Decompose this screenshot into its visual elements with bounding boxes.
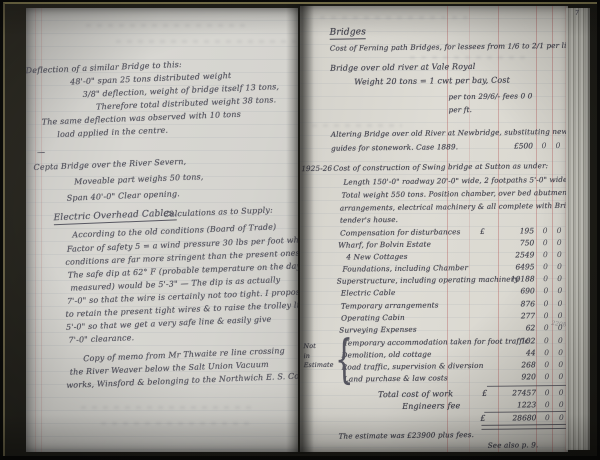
amount-pounds: 750 xyxy=(488,238,534,248)
left-page: Deflection of a similar Bridge to this: … xyxy=(26,8,298,452)
amount-shillings: 0 xyxy=(540,238,550,247)
note-line: load applied in the centre. xyxy=(57,126,168,139)
amount-pence: 0 xyxy=(555,311,565,320)
amount-shillings: 0 xyxy=(541,311,551,320)
amount-shillings: 0 xyxy=(540,226,550,235)
amount-pence: 0 xyxy=(556,400,566,409)
amount-shillings: 0 xyxy=(542,413,552,422)
section-subheading: Calculations as to Supply: xyxy=(163,205,273,218)
page-stack-edge: 7 xyxy=(566,8,590,450)
amount-shillings: 0 xyxy=(541,336,551,345)
amount-pence: 0 xyxy=(554,250,564,259)
note-line: Weight 20 tons = 1 cwt per bay, Cost xyxy=(354,76,510,87)
item-label: Electric Cable xyxy=(341,288,396,298)
item-label: Wharf, for Bolvin Estate xyxy=(338,240,431,250)
note-line: Length 150'-0" roadway 20'-0" wide, 2 fo… xyxy=(343,175,568,187)
amount-pence: 0 xyxy=(556,372,566,381)
amount-shillings: 0 xyxy=(541,274,551,283)
pound-sign: £ xyxy=(480,414,485,423)
margin-brace: { xyxy=(335,333,354,385)
left-page-handwriting: Deflection of a similar Bridge to this: … xyxy=(26,8,298,452)
section-heading: Electric Overhead Cables. xyxy=(53,208,177,225)
note-line: Moveable part weighs 50 tons, xyxy=(74,172,204,186)
note-line: guides for stonework. Case 1889. xyxy=(331,142,458,153)
note-line: Total weight 550 tons. Position chamber,… xyxy=(342,187,568,199)
amount-pence: 0 xyxy=(553,141,563,150)
amount-pounds: 690 xyxy=(489,286,535,296)
amount-pence: 0 xyxy=(554,226,564,235)
section-heading: Bridges xyxy=(330,27,366,39)
amount-pence: 0 xyxy=(556,388,566,397)
amount-pounds: 44 xyxy=(490,348,536,358)
amount-pounds: 6495 xyxy=(488,262,534,272)
item-label: Foundations, including Chamber xyxy=(342,263,468,274)
amount-pence: 0 xyxy=(555,286,565,295)
amount-pence: 0 xyxy=(554,238,564,247)
item-label: Operating Cabin xyxy=(341,313,405,323)
amount-shillings: 0 xyxy=(541,286,551,295)
note-line: Cost of construction of Swing bridge at … xyxy=(333,161,548,173)
pound-sign: £ xyxy=(480,227,485,236)
amount-shillings: 0 xyxy=(542,388,552,397)
amount-shillings: 0 xyxy=(541,323,551,332)
amount-shillings: 0 xyxy=(540,262,550,271)
amount-pence: 0 xyxy=(556,348,566,357)
amount-pence: 0 xyxy=(554,262,564,271)
amount-pence: 0 xyxy=(555,336,565,345)
margin-year: 1925-26 xyxy=(301,164,332,173)
note-line: Altering Bridge over old River at Newbri… xyxy=(331,127,568,139)
total-separator xyxy=(487,385,568,387)
amount-pence: 0 xyxy=(555,299,565,308)
item-label: Demolition, old cottage xyxy=(342,350,432,360)
note-line: Cost of Ferning path Bridges, for lessee… xyxy=(330,41,568,53)
estimate-note: The estimate was £23900 plus fees. xyxy=(339,430,475,441)
note-line: per ton 29/6/- fees 0 0 xyxy=(448,91,532,101)
amount-pence: 0 xyxy=(556,360,566,369)
amount-pounds: 195 xyxy=(488,226,534,236)
amount-pounds: 268 xyxy=(490,360,536,370)
amount-shillings: 0 xyxy=(542,348,552,357)
amount-pounds: 277 xyxy=(489,311,535,321)
amount-pounds: 28680 xyxy=(490,413,536,423)
note-line: 7'-0" clearance. xyxy=(68,333,134,345)
note-line: Bridge over old river at Vale Royal xyxy=(330,62,475,73)
amount-pence: 0 xyxy=(556,413,566,422)
amount-pounds: 2549 xyxy=(488,250,534,260)
margin-note: Not in Estimate xyxy=(303,342,333,371)
note-line: Cepta Bridge over the River Severn, xyxy=(33,157,186,172)
amount-pounds: £500 xyxy=(487,141,533,151)
item-label: Compensation for disturbances xyxy=(340,227,460,237)
item-label: Temporary arrangements xyxy=(341,300,439,310)
page-number: 7 xyxy=(575,10,579,17)
amount-pence: 0 xyxy=(555,274,565,283)
note-line: per ft. xyxy=(449,105,473,114)
amount-pounds: 920 xyxy=(490,372,536,382)
amount-shillings: 0 xyxy=(540,250,550,259)
note-line: Therefore total distributed weight 38 to… xyxy=(96,95,276,111)
amount-pounds: 876 xyxy=(489,299,535,309)
item-label: Road traffic, supervision & diversion xyxy=(342,361,484,372)
grand-total-underline xyxy=(481,424,568,430)
amount-pounds: 10188 xyxy=(489,274,535,284)
amount-shillings: 0 xyxy=(542,372,552,381)
right-page: Bridges Cost of Ferning path Bridges, fo… xyxy=(300,6,568,452)
separator-dash: — xyxy=(37,148,46,157)
note-line: The same deflection was observed with 10… xyxy=(42,110,241,127)
margin-note-line: Not xyxy=(303,342,333,352)
amount-shillings: 0 xyxy=(541,299,551,308)
amount-pounds: 62 xyxy=(489,323,535,333)
item-label: Land purchase & law costs xyxy=(344,373,448,383)
amount-shillings: 0 xyxy=(542,400,552,409)
margin-note-line: Estimate xyxy=(304,361,334,371)
amount-pounds: 102 xyxy=(489,336,535,346)
amount-shillings: 0 xyxy=(542,360,552,369)
pound-sign: £ xyxy=(482,389,487,398)
amount-pounds: 1223 xyxy=(490,400,536,410)
see-also-note: See also p. 9. xyxy=(488,440,539,450)
right-page-handwriting: Bridges Cost of Ferning path Bridges, fo… xyxy=(300,6,568,452)
note-line: tender's house. xyxy=(340,215,398,225)
amount-pounds: 27457 xyxy=(490,388,536,398)
fee-label: Engineers fee xyxy=(402,401,460,411)
total-label: Total cost of work xyxy=(378,389,453,399)
amount-shillings: 0 xyxy=(539,141,549,150)
note-line: Span 40'-0" Clear opening. xyxy=(67,189,180,203)
item-label: 4 New Cottages xyxy=(346,252,407,262)
note-line: arrangements, electrical machinery & all… xyxy=(340,201,568,213)
notebook-photo: Deflection of a similar Bridge to this: … xyxy=(0,0,600,460)
